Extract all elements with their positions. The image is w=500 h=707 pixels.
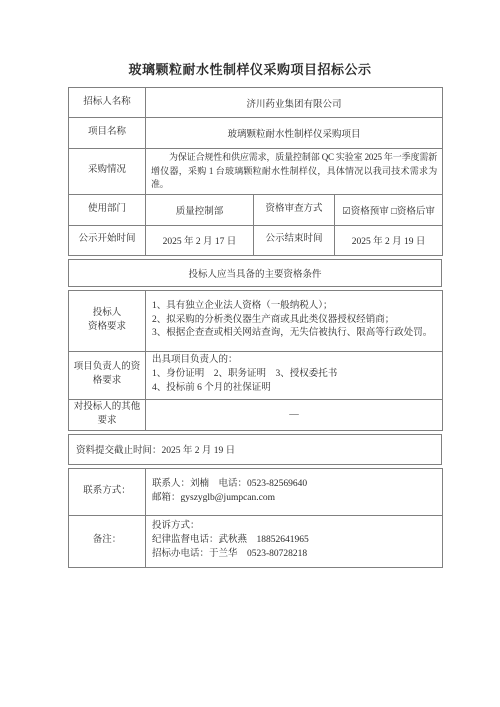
procurement-value: 为保证合规性和供应需求，质量控制部 QC 实验室 2025 年一季度需新增仪器，… (146, 149, 443, 195)
page-title: 玻璃颗粒耐水性制样仪采购项目招标公示 (0, 61, 500, 78)
table-row: 公示开始时间 2025 年 2 月 17 日 公示结束时间 2025 年 2 月… (69, 225, 443, 255)
table-row: 对投标人的其他 要求 — (69, 399, 443, 430)
document-body: 招标人名称 济川药业集团有限公司 项目名称 玻璃颗粒耐水性制样仪采购项目 采购情… (68, 87, 442, 568)
department-label: 使用部门 (69, 194, 146, 225)
publicity-start-label: 公示开始时间 (69, 225, 146, 255)
contact-label: 联系方式： (69, 468, 146, 515)
procurement-label: 采购情况 (69, 149, 146, 195)
publicity-start-value: 2025 年 2 月 17 日 (146, 225, 254, 255)
submission-deadline: 资料提交截止时间：2025 年 2 月 19 日 (68, 434, 442, 465)
table-row: 联系方式： 联系人：刘楠 电话：0523-82569640 邮箱：gyszygl… (69, 468, 443, 515)
qualification-table: 投标人 资格要求 1、具有独立企业法人资格（一般纳税人）； 2、拟采购的分析类仪… (68, 290, 443, 431)
table-row: 备注： 投诉方式： 纪律监督电话：武秋燕 18852641965 招标办电话：于… (69, 515, 443, 567)
review-method-value: ☑资格预审 □资格后审 (335, 194, 443, 225)
bidder-name-value: 济川药业集团有限公司 (146, 88, 443, 118)
qualification-section-header: 投标人应当具备的主要资格条件 (68, 259, 442, 287)
publicity-end-label: 公示结束时间 (254, 225, 335, 255)
department-value: 质量控制部 (146, 194, 254, 225)
bidder-qualification-items: 1、具有独立企业法人资格（一般纳税人）； 2、拟采购的分析类仪器生产商或具此类仪… (146, 290, 443, 351)
table-row: 采购情况 为保证合规性和供应需求，质量控制部 QC 实验室 2025 年一季度需… (69, 149, 443, 195)
table-row: 项目负责人的资 格要求 出具项目负责人的： 1、身份证明 2、职务证明 3、授权… (69, 351, 443, 399)
project-name-value: 玻璃颗粒耐水性制样仪采购项目 (146, 118, 443, 149)
project-name-label: 项目名称 (69, 118, 146, 149)
remarks-details: 投诉方式： 纪律监督电话：武秋燕 18852641965 招标办电话：于兰华 0… (146, 515, 443, 567)
review-method-label: 资格审查方式 (254, 194, 335, 225)
publicity-end-value: 2025 年 2 月 19 日 (335, 225, 443, 255)
table-row: 投标人 资格要求 1、具有独立企业法人资格（一般纳税人）； 2、拟采购的分析类仪… (69, 290, 443, 351)
table-row: 项目名称 玻璃颗粒耐水性制样仪采购项目 (69, 118, 443, 149)
table-row: 使用部门 质量控制部 资格审查方式 ☑资格预审 □资格后审 (69, 194, 443, 225)
other-requirements-value: — (146, 399, 443, 430)
manager-qualification-items: 出具项目负责人的： 1、身份证明 2、职务证明 3、授权委托书 4、投标前 6 … (146, 351, 443, 399)
contact-details: 联系人：刘楠 电话：0523-82569640 邮箱：gyszyglb@jump… (146, 468, 443, 515)
basic-info-table: 招标人名称 济川药业集团有限公司 项目名称 玻璃颗粒耐水性制样仪采购项目 采购情… (68, 87, 443, 256)
remarks-label: 备注： (69, 515, 146, 567)
table-row: 招标人名称 济川药业集团有限公司 (69, 88, 443, 118)
contact-table: 联系方式： 联系人：刘楠 电话：0523-82569640 邮箱：gyszygl… (68, 468, 443, 568)
manager-qualification-label: 项目负责人的资 格要求 (69, 351, 146, 399)
document-page: { "page": { "title": "玻璃颗粒耐水性制样仪采购项目招标公示… (0, 0, 500, 707)
bidder-name-label: 招标人名称 (69, 88, 146, 118)
bidder-qualification-label: 投标人 资格要求 (69, 290, 146, 351)
other-requirements-label: 对投标人的其他 要求 (69, 399, 146, 430)
